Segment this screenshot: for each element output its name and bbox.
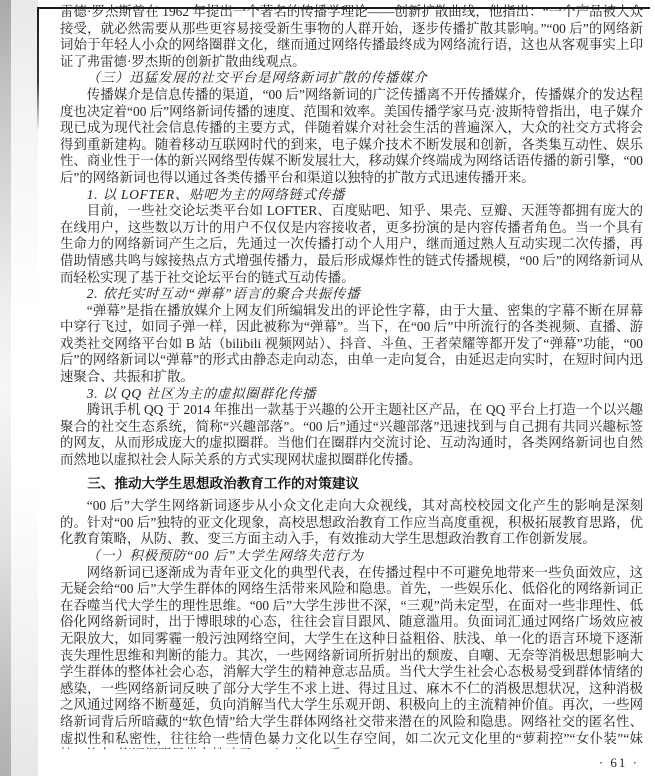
scan-gutter-shadow — [0, 0, 11, 776]
scan-page-edge — [11, 0, 38, 776]
body-paragraph: 传播媒介是信息传播的渠道，“00 后”网络新词的广泛传播离不开传播媒介，传播媒介… — [60, 87, 643, 187]
subsection-heading: 2. 依托实时互动“弹幕”语言的聚合共振传播 — [60, 286, 643, 303]
document-page: 雷德·罗杰斯曾在 1962 年提出一个著名的传播学理论——创新扩散曲线，他指出：… — [0, 0, 655, 776]
subsection-heading: （三）迅猛发展的社交平台是网络新词扩散的传播媒介 — [60, 70, 643, 87]
page-number: · 61 · — [599, 755, 639, 771]
body-paragraph: 网络新词已逐渐成为青年亚文化的典型代表，在传播过程中不可避免地带来一些负面效应，… — [60, 565, 643, 749]
body-paragraph-continued: 雷德·罗杰斯曾在 1962 年提出一个著名的传播学理论——创新扩散曲线，他指出：… — [60, 4, 643, 70]
body-paragraph: 目前，一些社交论坛类平台如 LOFTER、百度贴吧、知乎、果壳、豆瓣、天涯等都拥… — [60, 203, 643, 286]
subsection-heading: 1. 以 LOFTER、贴吧为主的网络链式传播 — [60, 187, 643, 204]
section-heading: 三、推动大学生思想政治教育工作的对策建议 — [60, 476, 643, 493]
body-paragraph: “弹幕”是指在播放媒介上网友们所编辑发出的评论性字幕，由于大量、密集的字幕不断在… — [60, 303, 643, 386]
header-left-rule — [37, 7, 39, 132]
body-paragraph: “00 后”大学生网络新词逐步从小众文化走向大众视线，其对高校校园文化产生的影响… — [60, 498, 643, 548]
subsection-heading: 3. 以 QQ 社区为主的虚拟圈群化传播 — [60, 386, 643, 403]
text-column: 雷德·罗杰斯曾在 1962 年提出一个著名的传播学理论——创新扩散曲线，他指出：… — [60, 4, 643, 749]
subsection-heading: （一）积极预防“00 后”大学生网络失范行为 — [60, 548, 643, 565]
body-paragraph: 腾讯手机 QQ 于 2014 年推出一款基于兴趣的公开主题社区产品，在 QQ 平… — [60, 402, 643, 468]
